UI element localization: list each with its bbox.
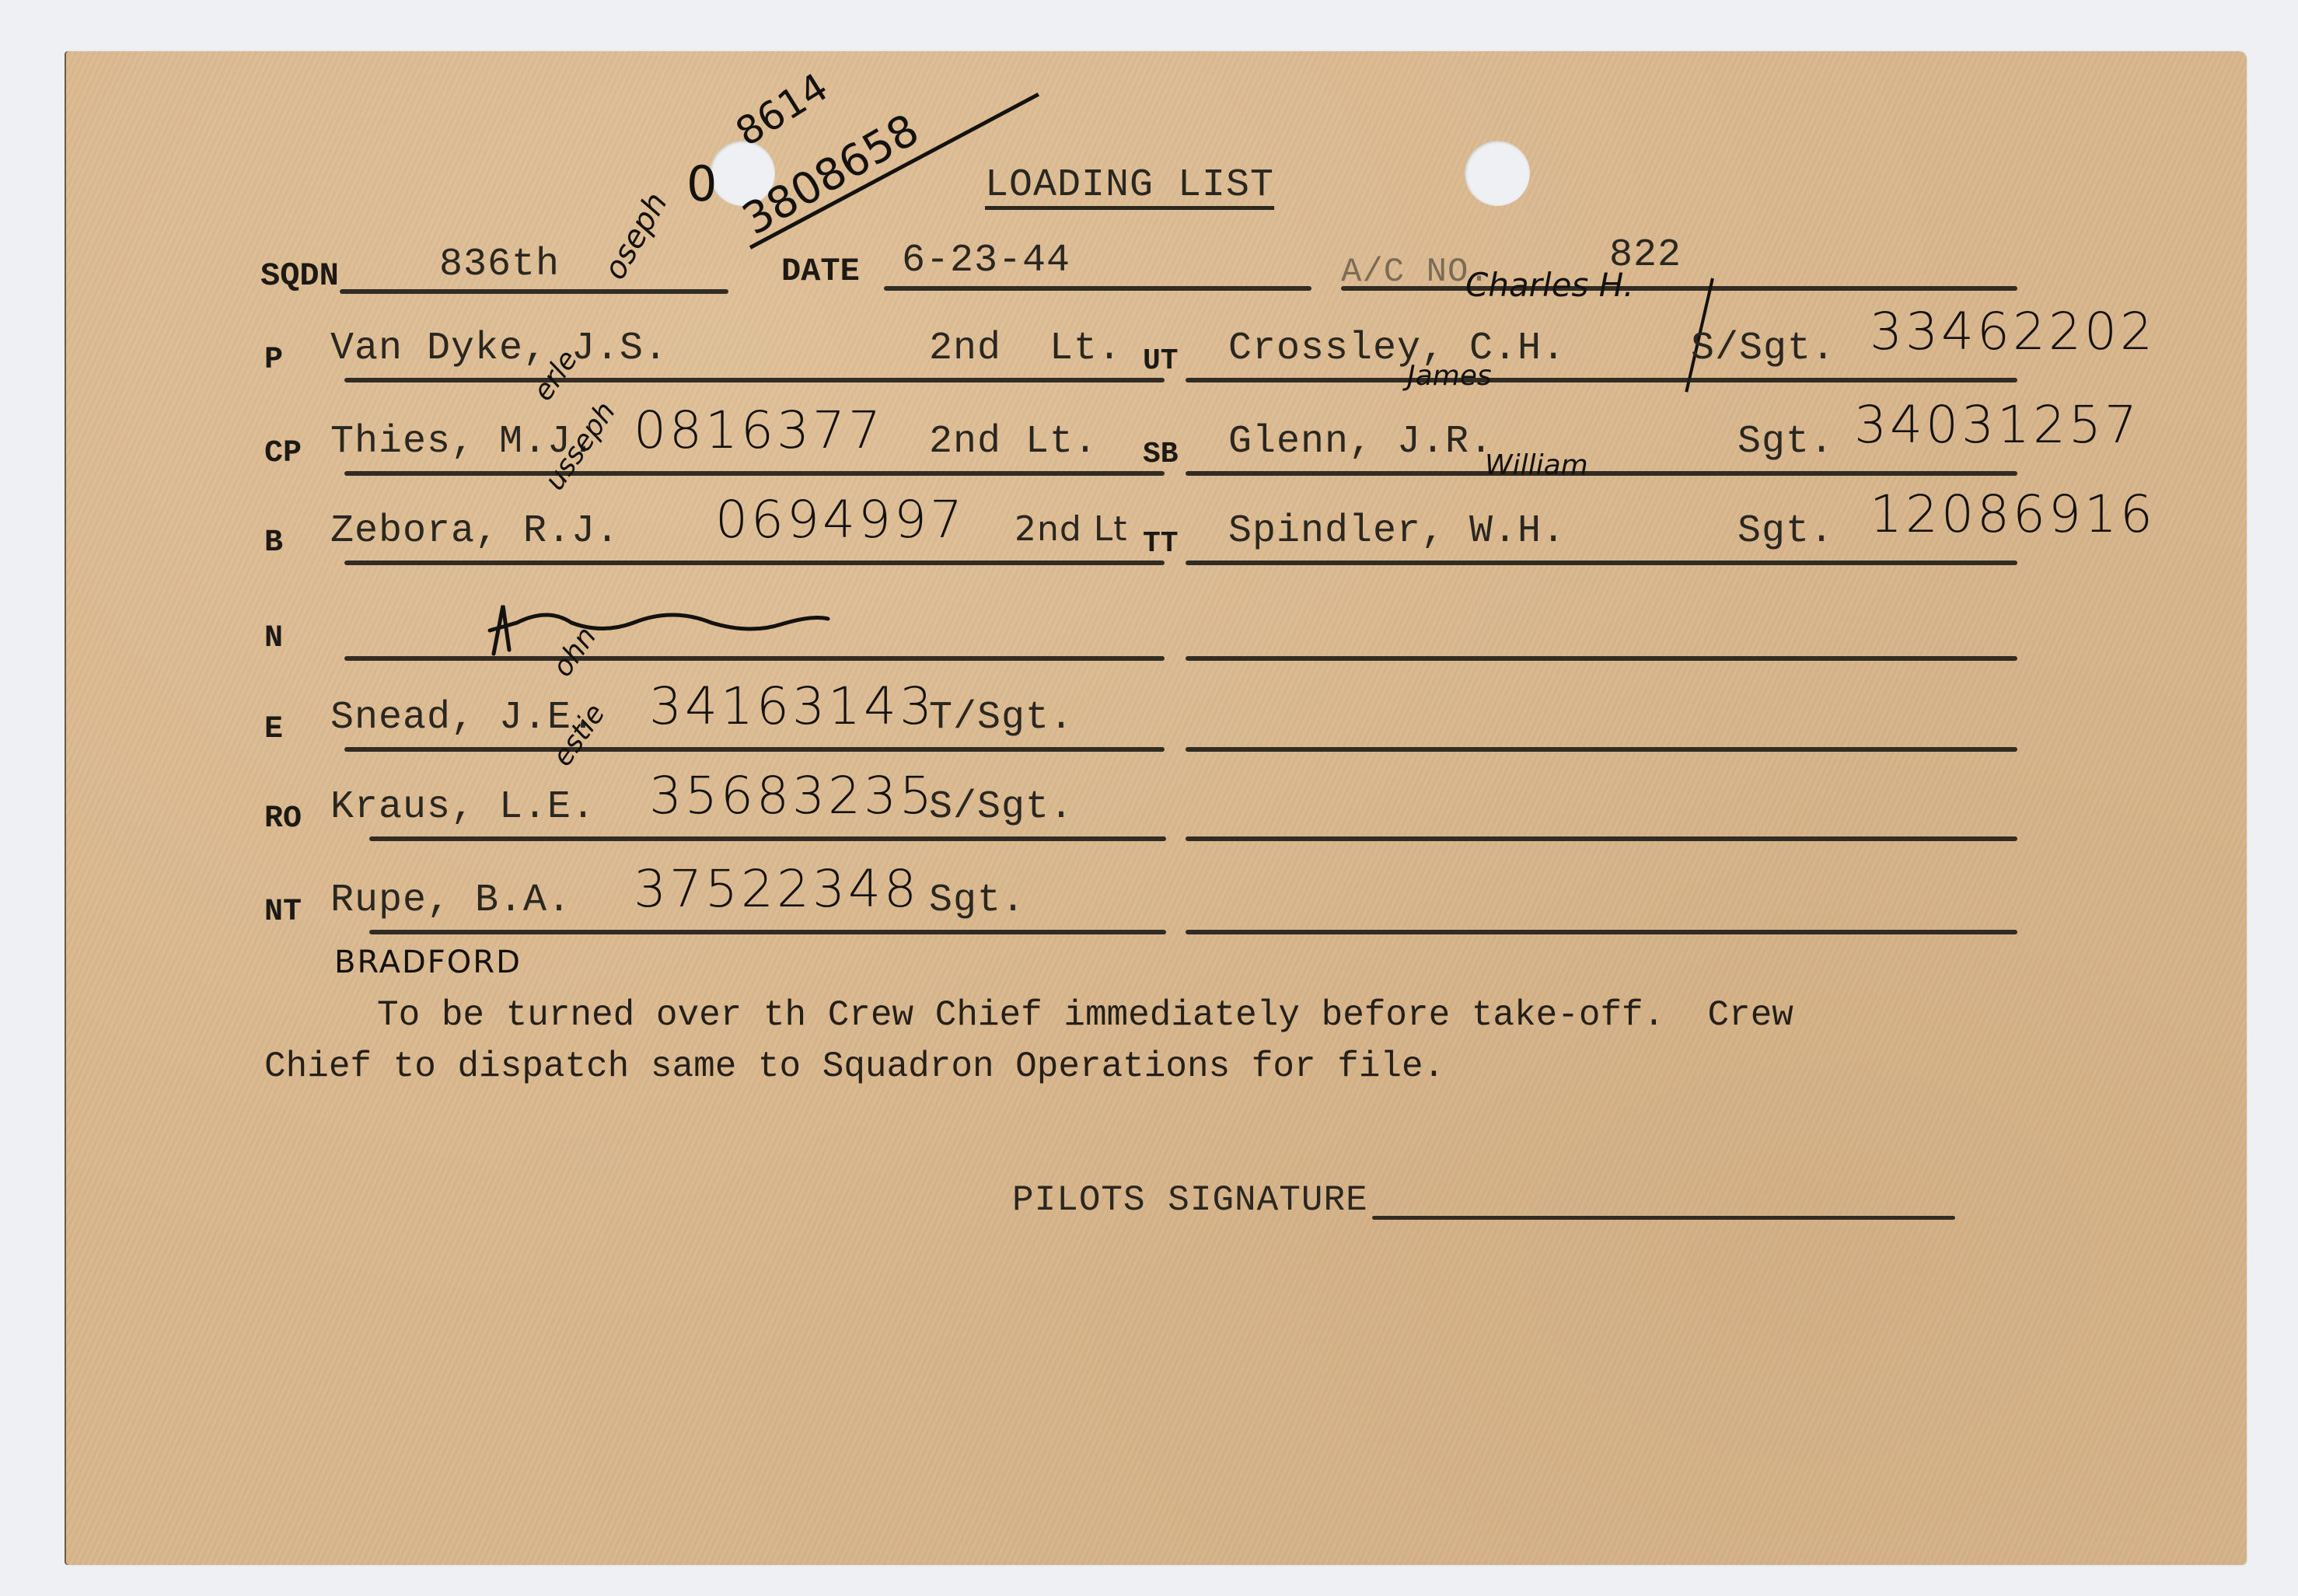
- left-row-4-rank[interactable]: T/Sgt.: [929, 699, 1074, 738]
- left-row-5-serial[interactable]: 35683235: [649, 770, 935, 822]
- loading-list-document: 0 8614 3808658 LOADING LIST SQDN 836th D…: [66, 51, 2247, 1565]
- left-row-5-position: RO: [264, 804, 302, 835]
- right-row-5-underline: [1186, 836, 2017, 841]
- sqdn-underline: [340, 289, 728, 294]
- right-row-0-annotation: Charles H.: [1465, 269, 1634, 302]
- right-row-3-underline: [1186, 656, 2017, 661]
- sqdn-value[interactable]: 836th: [439, 246, 560, 285]
- signature-label: PILOTS SIGNATURE: [1012, 1182, 1368, 1218]
- header-annotation-prefix: 0: [686, 160, 717, 208]
- left-row-6-underline: [369, 930, 1166, 934]
- right-row-1-annotation: James: [1407, 362, 1492, 390]
- signature-line[interactable]: [1372, 1216, 1955, 1220]
- right-row-2-position: TT: [1143, 529, 1179, 559]
- left-row-0-name[interactable]: Van Dyke, J.S.: [330, 330, 668, 368]
- left-row-4-name[interactable]: Snead, J.E.: [330, 699, 595, 738]
- right-row-2-annotation: William: [1485, 452, 1588, 480]
- left-row-5-name[interactable]: Kraus, L.E.: [330, 788, 595, 827]
- right-row-1-rank[interactable]: Sgt.: [1737, 423, 1834, 462]
- left-row-2-position: B: [264, 528, 283, 559]
- date-label: DATE: [781, 255, 860, 288]
- left-row-4-position: E: [264, 714, 283, 746]
- document-title: LOADING LIST: [985, 166, 1274, 205]
- left-row-1-serial[interactable]: 0816377: [634, 405, 884, 456]
- left-row-3-position: N: [264, 623, 283, 655]
- left-row-6-annotation: BRADFORD: [334, 947, 522, 978]
- left-row-1-underline: [344, 471, 1165, 476]
- left-row-2-name[interactable]: Zebora, R.J.: [330, 512, 620, 551]
- right-row-1-serial[interactable]: 34031257: [1854, 400, 2140, 451]
- sqdn-label: SQDN: [260, 260, 339, 292]
- instructions-line-2: Chief to dispatch same to Squadron Opera…: [264, 1049, 1444, 1084]
- right-row-2-underline: [1186, 561, 2017, 565]
- punch-hole-right: [1465, 141, 1530, 206]
- annotation-p: oseph: [599, 187, 672, 285]
- left-row-6-position: NT: [264, 897, 302, 928]
- right-row-2-serial[interactable]: 12086916: [1870, 489, 2156, 540]
- left-row-0-position: P: [264, 345, 283, 376]
- instructions-line-1: To be turned over th Crew Chief immediat…: [377, 997, 1793, 1033]
- right-row-0-rank[interactable]: S/Sgt.: [1691, 330, 1835, 368]
- left-row-0-underline: [344, 378, 1165, 382]
- header-annotation-corrected: 8614: [730, 67, 834, 152]
- left-row-6-name[interactable]: Rupe, B.A.: [330, 882, 571, 920]
- left-row-1-rank[interactable]: 2nd Lt.: [929, 423, 1098, 462]
- left-row-5-rank[interactable]: S/Sgt.: [929, 788, 1074, 827]
- date-value[interactable]: 6-23-44: [902, 242, 1070, 281]
- right-row-4-underline: [1186, 747, 2017, 752]
- left-row-1-position: CP: [264, 438, 302, 470]
- left-row-2-rank[interactable]: 2nd Lt: [1015, 512, 1128, 547]
- left-row-5-underline: [369, 836, 1166, 841]
- right-row-0-position: UT: [1143, 347, 1179, 376]
- right-row-6-underline: [1186, 930, 2017, 934]
- left-row-2-serial[interactable]: 0694997: [715, 494, 966, 546]
- right-row-2-name[interactable]: Spindler, W.H.: [1228, 512, 1566, 551]
- ac-no-underline: [1341, 286, 2017, 291]
- date-underline: [884, 286, 1311, 291]
- right-row-2-rank[interactable]: Sgt.: [1737, 512, 1834, 551]
- left-row-2-underline: [344, 561, 1165, 565]
- right-row-0-serial[interactable]: 33462202: [1870, 306, 2156, 358]
- left-row-0-rank[interactable]: 2nd Lt.: [929, 330, 1122, 368]
- left-row-4-serial[interactable]: 34163143: [649, 681, 935, 732]
- left-row-6-serial[interactable]: 37522348: [634, 864, 920, 915]
- right-row-0-name[interactable]: Crossley, C.H.: [1228, 330, 1566, 368]
- right-row-1-position: SB: [1143, 440, 1179, 470]
- left-row-3-underline: [344, 656, 1165, 661]
- right-row-1-underline: [1186, 471, 2017, 476]
- right-row-0-underline: [1186, 378, 2017, 382]
- right-row-1-name[interactable]: Glenn, J.R.: [1228, 423, 1493, 462]
- left-row-6-rank[interactable]: Sgt.: [929, 882, 1025, 920]
- left-row-4-underline: [344, 747, 1165, 752]
